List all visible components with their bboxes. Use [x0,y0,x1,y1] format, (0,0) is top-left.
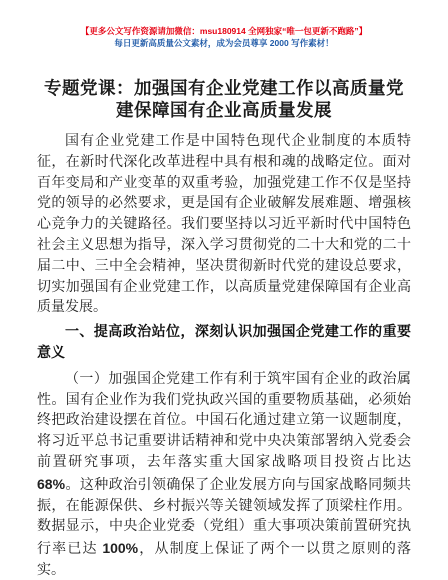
paragraph-text: 国有企业党建工作是中国特色现代企业制度的本质特征，在新时代深化改革进程中具有根和… [37,134,411,315]
promo-line-blue: 每日更新高质量公文素材，成为会员尊享 2000 写作素材！ [37,37,411,49]
document-page: 【更多公文写作资源请加微信：msu180914 全网独家“唯一包更新不跑路”】 … [0,0,448,580]
promo-line-blue-number: 2000 [270,38,289,48]
body-paragraph: 国有企业党建工作是中国特色现代企业制度的本质特征，在新时代深化改革进程中具有根和… [37,132,411,319]
paragraph-text: 一、提高政治站位，深刻认识加强国企党建工作的重要意义 [37,325,411,361]
document-title: 专题党课：加强国有企业党建工作以高质量党建保障国有企业高质量发展 [37,77,411,121]
statistic-value: 68% [37,476,65,492]
promo-header: 【更多公文写作资源请加微信：msu180914 全网独家“唯一包更新不跑路”】 … [37,25,411,49]
section-heading: 一、提高政治站位，深刻认识加强国企党建工作的重要意义 [37,323,411,365]
promo-line-blue-prefix: 每日更新高质量公文素材，成为会员尊享 [114,38,269,48]
paragraph-text: （一）加强国企党建工作有利于筑牢国有企业的政治属性。国有企业作为我们党执政兴国的… [37,372,411,470]
promo-line-red: 【更多公文写作资源请加微信：msu180914 全网独家“唯一包更新不跑路”】 [37,25,411,37]
document-body: 国有企业党建工作是中国特色现代企业制度的本质特征，在新时代深化改革进程中具有根和… [37,132,411,580]
promo-line-blue-suffix: 写作素材！ [289,38,334,48]
page-number: 1 [0,545,448,555]
